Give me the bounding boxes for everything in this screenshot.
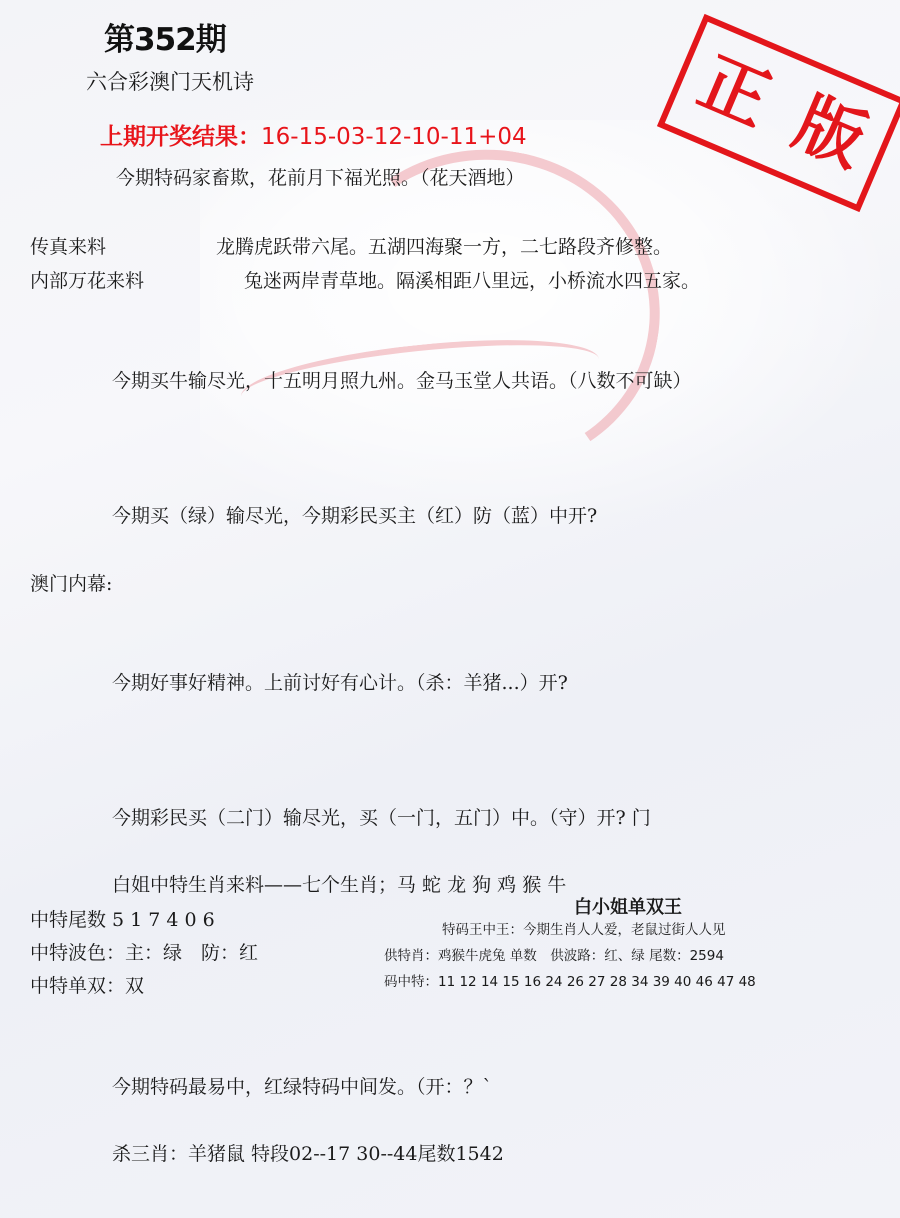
inside-text: 兔迷两岸青草地。隔溪相距八里远，小桥流水四五家。 (244, 266, 700, 293)
box-line-3: 码中特：11 12 14 15 16 24 26 27 28 34 39 40 … (384, 970, 756, 990)
poem-line-2: 今期买牛输尽光，十五明月照九州。金马玉堂人共语。（八数不可缺） (112, 366, 692, 393)
poem-line-4: 今期好事好精神。上前讨好有心计。（杀：羊猪...）开? (112, 668, 568, 695)
last-result-label: 上期开奖结果： (100, 124, 261, 150)
stat-odd-even: 中特单双：双 (30, 971, 144, 998)
authentic-stamp: 正 版 (657, 14, 900, 212)
last-result-numbers: 16-15-03-12-10-11+04 (261, 124, 527, 150)
subtitle: 六合彩澳门天机诗 (86, 66, 254, 96)
poem-line-1: 今期特码家畜欺，花前月下福光照。（花天酒地） (116, 163, 525, 190)
poem-line-5: 今期彩民买（二门）输尽光，买（一门，五门）中。（守）开? 门 (112, 803, 651, 830)
fax-text: 龙腾虎跃带六尾。五湖四海聚一方，二七路段齐修整。 (216, 232, 672, 259)
box-line-2: 供特肖：鸡猴牛虎兔 单数 供波路：红、绿 尾数：2594 (384, 944, 724, 964)
stamp-char-2: 版 (785, 89, 874, 178)
poem-line-3: 今期买（绿）输尽光，今期彩民买主（红）防（蓝）中开? (112, 501, 597, 528)
footer-line-2: 杀三肖：羊猪鼠 特段02--17 30--44尾数1542 (112, 1139, 504, 1166)
poem-line-6: 白姐中特生肖来料——七个生肖；马 蛇 龙 狗 鸡 猴 牛 (112, 870, 566, 897)
stat-wave: 中特波色：主：绿 防：红 (30, 938, 258, 965)
stat-tail: 中特尾数 5 1 7 4 0 6 (30, 905, 215, 932)
footer-line-1: 今期特码最易中，红绿特码中间发。（开：？` (112, 1072, 492, 1099)
macau-label: 澳门内幕: (30, 569, 112, 596)
box-title: 白小姐单双王 (574, 893, 682, 919)
inside-label: 内部万花来料 (30, 266, 144, 293)
box-line-1: 特码王中王：今期生肖人人爱，老鼠过街人人见 (442, 918, 726, 938)
fax-label: 传真来料 (30, 232, 106, 259)
issue-number: 第352期 (104, 14, 226, 59)
last-result: 上期开奖结果：16-15-03-12-10-11+04 (100, 118, 527, 151)
stamp-char-1: 正 (690, 48, 779, 137)
